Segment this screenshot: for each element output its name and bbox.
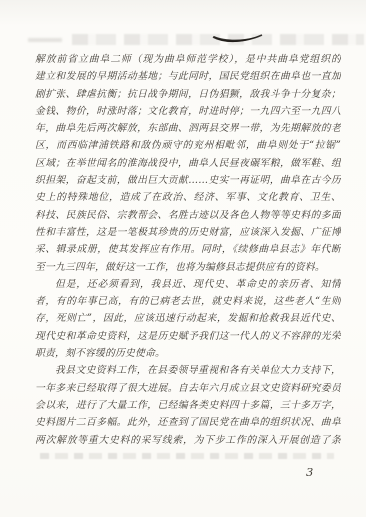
text-line: 年，曲阜先后两次解放，东部曲、泗两县交界一带，为先期解放的老 — [35, 120, 341, 137]
text-line: 一年多来已经取得了很大进展。自去年六月成立县文史资料研究委员 — [35, 380, 341, 397]
text-line: 剧扩张、肆虐抗衡；抗日战争期间，日伪猖獗，敌我斗争十分复杂； — [35, 86, 341, 103]
page-number: 3 — [306, 465, 313, 479]
text-line: 史料图片二百多幅。此外，还查到了国民党在曲阜的组织状况、曲阜 — [35, 414, 341, 431]
text-line: 金钱、物价，时涨时落；文化教育，时进时停；一九四六至一九四八 — [35, 103, 341, 120]
text-line: 至一九三四年，做好这一工作，也将为编修县志提供应有的资料。 — [35, 259, 341, 276]
text-line: 但是，还必须看到，我县近、现代史、革命史的亲历者、知情 — [35, 276, 341, 293]
text-line: 性和丰富性，这是一笔极其珍贵的历史财富，应该深入发掘、广征博 — [35, 224, 341, 241]
scan-smudge-line — [40, 453, 334, 459]
text-line: 存，死则亡”，因此，应该迅速行动起来，发掘和抢救我县近代史、 — [35, 310, 341, 327]
text-line: 者，有的年事已高，有的已病老去世，就史料来说，这些老人“生则 — [35, 293, 341, 310]
text-line: 两次解放等重大史料的采写线索，为下步工作的深入开展创造了条件。 — [35, 432, 341, 449]
text-line: 区，而西临津浦铁路和敌伪顽守的兖州相毗邻，曲阜则处于“拉锯” — [35, 137, 341, 154]
text-line: 职责，刻不容缓的历史使命。 — [35, 345, 341, 362]
document-page: 解放前省立曲阜二师（现为曲阜师范学校），是中共曲阜党组织的建立和发展的早期活动基… — [0, 0, 366, 517]
text-line: 史上的特殊地位，造成了在政治、经济、军事、文化教育、卫生、 — [35, 189, 341, 206]
text-line: 我县文史资料工作，在县委领导重视和各有关单位大力支持下， — [35, 362, 341, 379]
text-line: 建立和发展的早期活动基地；与此同时，国民党组织在曲阜也一直加 — [35, 68, 341, 85]
text-line: 现代史和革命史资料，这是历史赋予我们这一代人的义不容辞的光荣 — [35, 328, 341, 345]
text-line: 织担架，奋起支前，做出巨大贡献……史实一再证明，曲阜在古今历 — [35, 172, 341, 189]
text-line: 会以来，进行了大量工作，已经编各类史料四十多篇，三十多万字， — [35, 397, 341, 414]
ink-swoosh-mark — [212, 33, 264, 46]
text-line: 科技、民族民俗、宗教帮会、名胜古迹以及各色人物等等史料的多面 — [35, 207, 341, 224]
text-line: 解放前省立曲阜二师（现为曲阜师范学校），是中共曲阜党组织的 — [35, 51, 341, 68]
text-line: 区域；在举世闻名的淮海战役中，曲阜人民昼夜碾军粮，做军鞋、组 — [35, 155, 341, 172]
scan-smudge-left — [28, 38, 62, 42]
text-line: 采、辑录成册，使其发挥应有作用。同时，《续修曲阜县志》年代断 — [35, 241, 341, 258]
body-text: 解放前省立曲阜二师（现为曲阜师范学校），是中共曲阜党组织的建立和发展的早期活动基… — [35, 51, 341, 449]
